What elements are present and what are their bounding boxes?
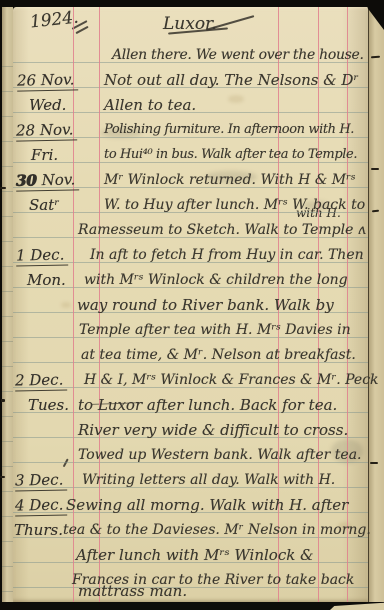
edge-ink-mark — [370, 462, 378, 464]
edge-ruled-line — [2, 91, 13, 92]
date-label: 1 Dec. — [16, 244, 69, 266]
foxing-spot — [228, 95, 244, 103]
weekday-label: Tues. — [28, 395, 69, 415]
entry-text: Mʳ Winlock returned. With H & Mʳˢ — [104, 170, 356, 190]
entry-text: mattrass man. — [78, 581, 187, 601]
entry-text: Temple after tea with H. Mʳˢ Davies in — [79, 320, 351, 340]
diary-photo: 1924. Luxor. with H. Allen there. We wen… — [0, 0, 384, 610]
date-label: 30 Nov. — [16, 169, 80, 191]
edge-ruled-line — [2, 341, 13, 342]
entry-text: Writing letters all day. Walk with H. — [82, 470, 335, 490]
edge-ruled-line — [2, 216, 13, 217]
edge-ruled-line — [2, 441, 13, 442]
edge-ruled-line — [2, 141, 13, 142]
edge-ink-mark — [0, 476, 5, 478]
edge-ink-mark — [0, 187, 6, 189]
entry-text: with Mʳˢ Winlock & children the long — [84, 270, 348, 290]
weekday-label: Fri. — [31, 145, 58, 165]
weekday-label: Wed. — [29, 95, 66, 115]
entry-text: In aft to fetch H from Huy in car. Then — [90, 245, 364, 265]
background-bottom — [0, 602, 384, 610]
edge-ruled-line — [2, 191, 13, 192]
entry-text: Not out all day. The Nelsons & Dʳ — [104, 70, 359, 90]
edge-ruled-line — [2, 466, 13, 467]
edge-ruled-line — [2, 541, 13, 542]
edge-ruled-line — [2, 591, 13, 592]
weekday-label: Mon. — [27, 270, 66, 290]
entry-text: After lunch with Mʳˢ Winlock & — [76, 545, 313, 565]
entry-text: at tea time, & Mʳ. Nelson at breakfast. — [81, 345, 356, 365]
weekday-label: Satʳ — [29, 195, 59, 215]
edge-ruled-line — [2, 266, 13, 267]
entry-text: Polishing furniture. In afternoon with H… — [104, 120, 354, 140]
edge-ruled-line — [2, 566, 13, 567]
entry-text: H & I, Mʳˢ Winlock & Frances & Mʳ. Peck — [84, 370, 379, 390]
entry-text: way round to River bank. Walk by — [77, 295, 334, 315]
weekday-label: Thurs. — [14, 520, 63, 540]
entry-text: Towed up Western bank. Walk after tea. — [78, 445, 362, 465]
date-label: 2 Dec. — [15, 369, 68, 391]
edge-ruled-line — [2, 116, 13, 117]
entry-text: to Luxor after lunch. Back for tea. — [78, 395, 337, 415]
entry-text: tea & to the Davieses. Mʳ Nelson in morn… — [63, 520, 371, 540]
edge-ruled-line — [2, 66, 13, 67]
edge-ruled-line — [2, 366, 13, 367]
edge-ruled-line — [2, 316, 13, 317]
overwritten-date: 30 — [16, 171, 37, 189]
edge-ink-mark — [371, 168, 379, 170]
edge-ruled-line — [2, 516, 13, 517]
page-edge-left — [2, 4, 13, 606]
entry-text: Sewing all morng. Walk with H. after — [66, 495, 348, 515]
entry-text: Ramesseum to Sketch. Walk to Temple ʌ — [78, 220, 366, 240]
entry-text: to Hui⁴⁰ in bus. Walk after tea to Templ… — [104, 145, 357, 165]
date-label: 3 Dec. — [15, 469, 68, 491]
entry-text: W. to Huy after lunch. Mʳˢ W. back to — [104, 195, 365, 215]
background-top — [0, 0, 384, 7]
entry-text: Allen to tea. — [104, 95, 196, 115]
date-label: 28 Nov. — [16, 119, 78, 141]
edge-ruled-line — [2, 166, 13, 167]
edge-ruled-line — [2, 391, 13, 392]
edge-ruled-line — [2, 491, 13, 492]
edge-ruled-line — [2, 291, 13, 292]
edge-ink-mark — [1, 399, 5, 402]
date-label: 4 Dec. — [15, 494, 68, 516]
edge-ruled-line — [2, 241, 13, 242]
diary-page: 1924. Luxor. with H. Allen there. We wen… — [13, 7, 368, 602]
date-label: 26 Nov. — [17, 69, 79, 91]
foxing-spot — [61, 302, 71, 308]
entry-text: Allen there. We went over the house. — [112, 45, 364, 65]
entry-text: River very wide & difficult to cross. — [78, 420, 348, 440]
page-edge-right — [369, 0, 384, 610]
edge-ruled-line — [2, 416, 13, 417]
